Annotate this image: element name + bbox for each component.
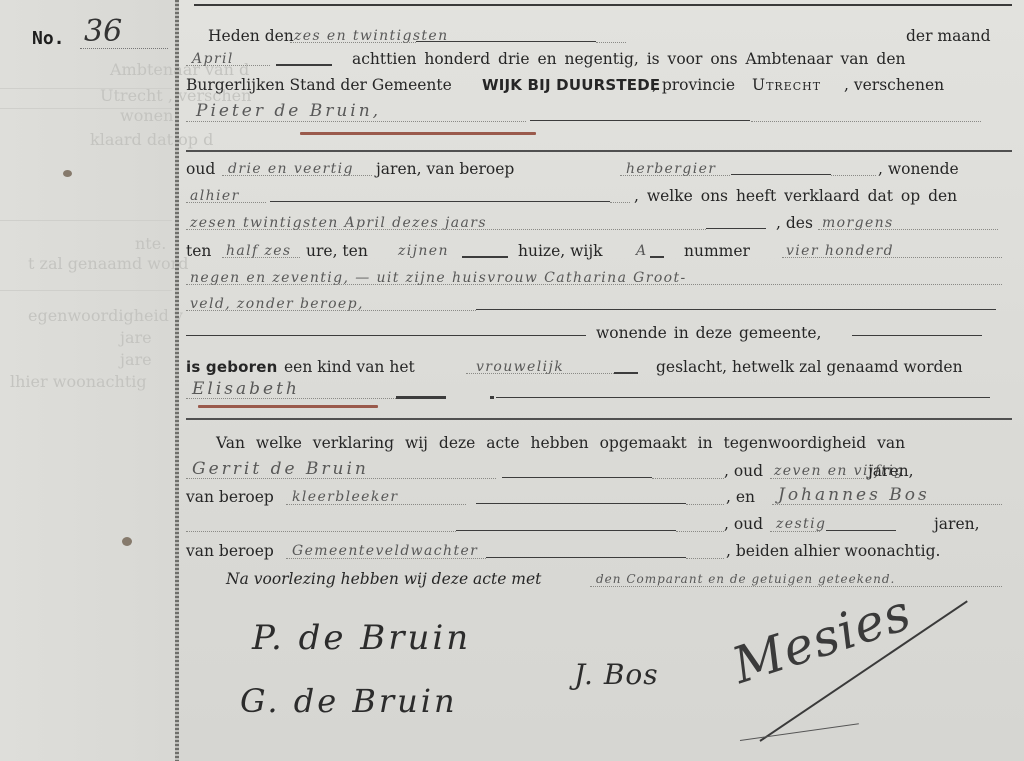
ink-stain	[122, 537, 132, 546]
witness-intro-text: Van welke verklaring wij deze acte hebbe…	[216, 431, 905, 455]
record-number-label: No.	[32, 28, 65, 49]
label-wonende: , wonende	[878, 157, 959, 181]
label-oud: , oud	[724, 459, 763, 483]
line-sex: is geboren een kind van het vrouwelijk g…	[186, 355, 1012, 379]
fill-dots	[186, 65, 270, 66]
fill-rule	[270, 201, 610, 202]
fill-dots	[676, 531, 724, 532]
binding-spine	[175, 0, 179, 761]
ghost-line	[0, 88, 172, 89]
top-rule	[194, 4, 1012, 6]
witness1-occupation: kleerbleeker	[292, 485, 399, 509]
ghost-text: jare	[120, 350, 152, 369]
house-number-written: vier honderd	[786, 239, 894, 263]
label-van-beroep: van beroep	[186, 485, 274, 509]
fill-rule	[502, 477, 652, 478]
line-year: April achttien honderd drie en negentig,…	[186, 47, 1012, 71]
fill-rule	[614, 372, 638, 374]
fill-rule	[476, 309, 996, 310]
label-geslacht: geslacht, hetwelk zal genaamd worden	[656, 355, 963, 379]
fill-rule	[826, 530, 896, 531]
fill-dots	[610, 202, 630, 203]
label-wonende-gemeente: wonende in deze gemeente,	[596, 321, 821, 345]
fill-dots	[620, 175, 730, 176]
fill-dots	[222, 175, 372, 176]
fill-dots	[186, 531, 456, 532]
line-residence: alhier , welke ons heeft verklaard dat o…	[186, 184, 1012, 208]
signature-pieter-de-bruin: P. de Bruin	[252, 618, 471, 658]
label-des: , des	[776, 211, 813, 235]
line-witness1: Gerrit de Bruin , oud zeven en vijftig j…	[186, 459, 1012, 483]
signature-flourish	[740, 723, 859, 741]
fill-dots	[186, 310, 476, 311]
label-nummer: nummer	[684, 239, 750, 263]
fill-dots	[186, 202, 266, 203]
red-underline-child	[198, 405, 378, 408]
fill-rule	[416, 41, 596, 42]
fill-rule	[706, 228, 766, 229]
fill-rule	[186, 335, 586, 336]
fill-dots	[186, 398, 396, 399]
ward-letter: A	[636, 239, 648, 263]
municipality-name: WIJK BIJ DUURSTEDE	[482, 73, 660, 97]
ghost-line	[0, 290, 172, 291]
line-mother-cont: veld, zonder beroep,	[186, 292, 1012, 316]
line-mother: negen en zeventig, — uit zijne huisvrouw…	[186, 266, 1012, 290]
line-age-occupation: oud drie en veertig jaren, van beroep he…	[186, 157, 1012, 181]
fill-rule	[852, 335, 982, 336]
fill-dots	[186, 284, 1002, 285]
fill-dots	[770, 531, 820, 532]
line-witness1-occupation: van beroep kleerbleeker , en Johannes Bo…	[186, 485, 1012, 509]
signature-registrar: Mesies	[726, 583, 919, 695]
fill-dots	[818, 229, 998, 230]
fill-dots	[831, 175, 876, 176]
separator-rule	[186, 418, 1012, 420]
witness2-occupation: Gemeenteveldwachter	[292, 539, 478, 563]
ghost-text: jare	[120, 328, 152, 347]
province-name: Utrecht	[752, 73, 821, 97]
mother-text: negen en zeventig, — uit zijne huisvrouw…	[190, 266, 687, 290]
fill-dot	[490, 396, 494, 399]
fill-rule	[396, 396, 446, 399]
label-provincie: , provincie	[652, 73, 735, 97]
line-municipality: Burgerlijken Stand der Gemeente WIJK BIJ…	[186, 73, 1012, 97]
red-underline-declarant	[300, 132, 536, 135]
day-written: zes en twintigsten	[294, 24, 449, 48]
fill-rule	[276, 64, 332, 66]
fill-dots	[186, 121, 526, 122]
label-der-maand: der maand	[906, 24, 991, 48]
fill-rule	[731, 174, 831, 175]
line-witness2-age: , oud zestig jaren,	[186, 512, 1012, 536]
line-date: Heden den zes en twintigsten der maand	[186, 24, 1012, 48]
label-burgerlijken-stand: Burgerlijken Stand der Gemeente	[186, 73, 452, 97]
fill-dots	[286, 504, 466, 505]
label-oud: oud	[186, 157, 215, 181]
fill-dots	[772, 504, 1002, 505]
label-en: , en	[726, 485, 755, 509]
record-number-dots	[80, 48, 168, 49]
fill-dots	[686, 558, 724, 559]
line-child-name: Elisabeth	[186, 379, 1012, 403]
label-is-geboren: is geboren	[186, 355, 278, 379]
line-declarant: Pieter de Bruin,	[186, 101, 1012, 125]
signature-gerrit-de-bruin: G. de Bruin	[240, 682, 458, 720]
fill-rule	[462, 256, 508, 258]
line-witness-intro: Van welke verklaring wij deze acte hebbe…	[186, 431, 1012, 455]
ghost-text: egenwoordigheid v	[28, 306, 183, 325]
fill-dots	[770, 478, 864, 479]
record-number-value: 36	[84, 14, 122, 49]
fill-rule	[456, 530, 676, 531]
label-ure-ten: ure, ten	[306, 239, 368, 263]
label-heden-den: Heden den	[208, 24, 294, 48]
ghost-text: lhier woonachtig	[10, 372, 147, 391]
label-ten: ten	[186, 239, 211, 263]
label-verklaard: , welke ons heeft verklaard dat op den	[634, 184, 957, 208]
label-van-beroep: van beroep	[186, 539, 274, 563]
ghost-text: klaard dat op d	[90, 130, 213, 149]
hour-written: half zes	[226, 239, 292, 263]
ghost-text: t zal genaamd word	[28, 254, 189, 273]
label-oud: , oud	[724, 512, 763, 536]
label-jaren: jaren,	[934, 512, 980, 536]
house-owner: zijnen	[398, 239, 449, 263]
ink-stain	[63, 170, 72, 177]
label-huize-wijk: huize, wijk	[518, 239, 603, 263]
line-time-place: ten half zes ure, ten zijnen huize, wijk…	[186, 239, 1012, 263]
label-kind: een kind van het	[284, 355, 415, 379]
closing-text: Na voorlezing hebben wij deze acte met	[226, 567, 541, 591]
closing-handwritten: den Comparant en de getuigen geteekend.	[596, 567, 895, 591]
label-beiden-alhier: , beiden alhier woonachtig.	[726, 539, 940, 563]
separator-rule	[186, 150, 1012, 152]
line-birth-date: zesen twintigsten April dezes jaars , de…	[186, 211, 1012, 235]
fill-dots	[186, 229, 706, 230]
fill-dots	[186, 478, 496, 479]
line-witness2-occupation: van beroep Gemeenteveldwachter , beiden …	[186, 539, 1012, 563]
ghost-text: nte.	[135, 234, 166, 253]
label-jaren: jaren,	[868, 459, 914, 483]
birth-date-written: zesen twintigsten April dezes jaars	[190, 211, 487, 235]
ghost-line	[0, 220, 172, 221]
declarant-residence: alhier	[190, 184, 240, 208]
fill-dots	[596, 42, 626, 43]
fill-dots	[782, 257, 1002, 258]
mother-text-cont: veld, zonder beroep,	[190, 292, 364, 316]
month-written: April	[192, 47, 234, 71]
civil-register-page: Ambtenaar van d Utrecht , verschen wonen…	[0, 0, 1024, 761]
fill-dots	[590, 586, 1002, 587]
fill-dots	[222, 257, 300, 258]
declarant-occupation: herbergier	[626, 157, 716, 181]
ghost-text: wonen	[120, 106, 173, 125]
fill-rule	[486, 557, 686, 558]
left-margin: Ambtenaar van d Utrecht , verschen wonen…	[0, 0, 176, 761]
line-wonende: wonende in deze gemeente,	[186, 321, 1012, 345]
fill-rule	[530, 120, 750, 121]
fill-dots	[751, 121, 981, 122]
time-of-day: morgens	[822, 211, 894, 235]
fill-dots	[686, 504, 724, 505]
signature-johannes-bos: J. Bos	[574, 658, 659, 691]
year-text: achttien honderd drie en negentig, is vo…	[352, 47, 906, 71]
label-verschenen: , verschenen	[844, 73, 944, 97]
child-sex: vrouwelijk	[476, 355, 564, 379]
fill-dots	[652, 478, 724, 479]
declarant-name: Pieter de Bruin,	[196, 99, 381, 123]
fill-rule	[650, 256, 664, 258]
declarant-age: drie en veertig	[228, 157, 354, 181]
fill-rule	[496, 397, 990, 398]
label-jaren-beroep: jaren, van beroep	[376, 157, 514, 181]
fill-dots	[290, 42, 416, 43]
fill-dots	[466, 373, 614, 374]
fill-dots	[286, 558, 486, 559]
witness2-age: zestig	[776, 512, 826, 536]
fill-rule	[476, 503, 686, 504]
